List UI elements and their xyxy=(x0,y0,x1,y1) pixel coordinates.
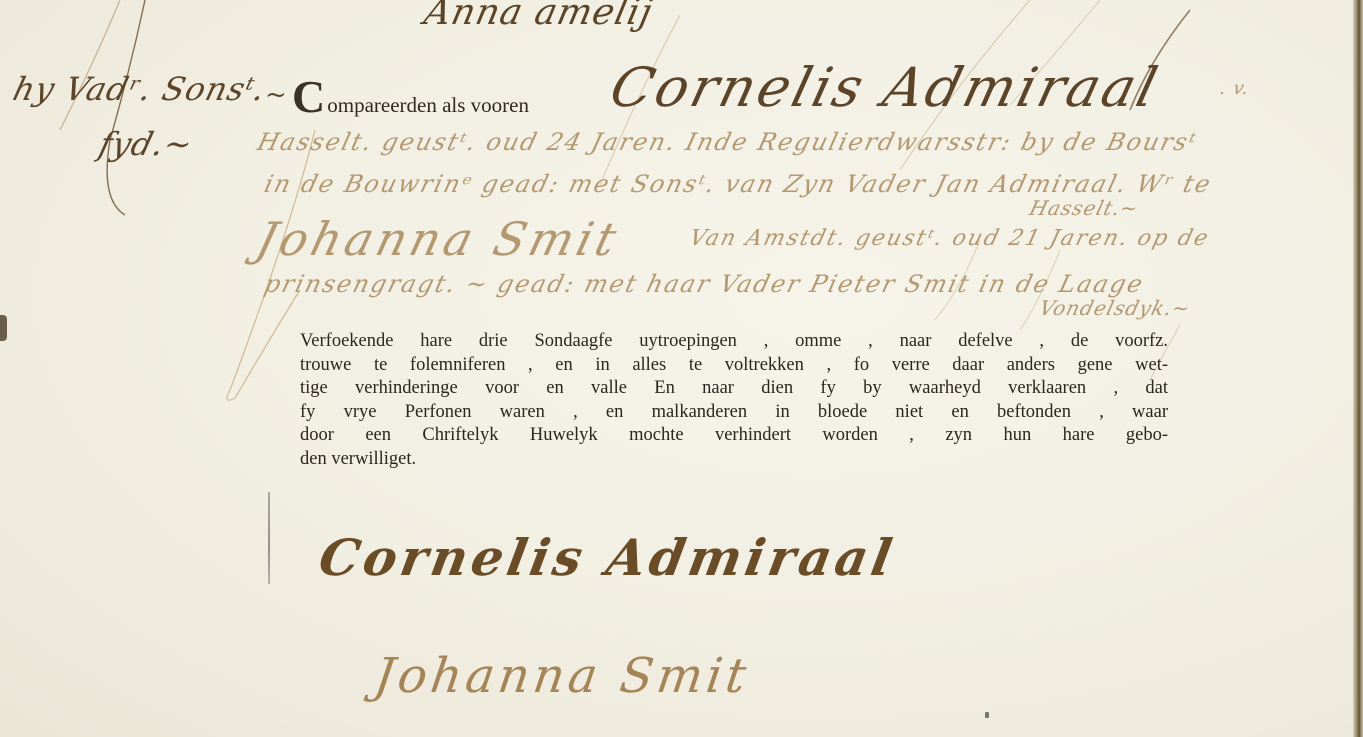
printed-body-text: Verfoekende hare drie Sondaagfe uytroepi… xyxy=(300,330,1180,471)
handwritten-top-name: Anna amelij xyxy=(421,0,657,33)
handwritten-line-3: Van Amstdt. geustᵗ. oud 21 Jaren. op de xyxy=(687,226,1213,251)
printed-lead-text: ompareerden als vooren xyxy=(327,93,529,118)
printed-lead-phrase: C ompareerden als vooren xyxy=(292,74,529,120)
drop-cap: C xyxy=(292,74,325,120)
handwritten-line-4-continuation: Vondelsdyk.~ xyxy=(1037,296,1193,320)
printed-line: fy vrye Perfonen waren , en malkanderen … xyxy=(300,401,1168,425)
paper-speck xyxy=(985,712,989,718)
handwritten-line-1: Hasselt. geustᵗ. oud 24 Jaren. Inde Regu… xyxy=(255,128,1201,156)
book-gutter xyxy=(1353,0,1363,737)
handwritten-line-4: prinsengragt. ~ gead: met haar Vader Pie… xyxy=(262,270,1148,298)
handwritten-groom-name: Cornelis Admiraal xyxy=(604,56,1166,119)
printed-line: den verwilliget. xyxy=(300,448,1168,472)
document-page: Anna amelij hy Vadʳ. Sonsᵗ. fyd.~ ~ C om… xyxy=(0,0,1363,737)
handwritten-line-2: in de Bouwrinᵉ gead: met Sonsᵗ. van Zyn … xyxy=(262,170,1216,198)
signature-bride: Johanna Smit xyxy=(371,648,753,704)
margin-note-line-2: fyd.~ xyxy=(95,125,197,163)
printed-line: trouwe te folemniferen , en in alles te … xyxy=(300,354,1168,378)
signature-groom: Cornelis Admiraal xyxy=(315,528,900,587)
handwritten-line-2-continuation: Hasselt.~ xyxy=(1027,196,1141,220)
handwritten-dash: ~ xyxy=(265,80,288,110)
printed-line: door een Chriftelyk Huwelyk mochte verhi… xyxy=(300,424,1168,448)
binding-mark xyxy=(0,315,7,341)
pencil-margin-line xyxy=(268,492,270,584)
handwritten-bride-name: Johanna Smit xyxy=(251,212,625,266)
printed-line: Verfoekende hare drie Sondaagfe uytroepi… xyxy=(300,330,1168,354)
margin-note-line-1: hy Vadʳ. Sonsᵗ. xyxy=(9,70,270,108)
printed-line: tige verhinderinge voor en valle En naar… xyxy=(300,377,1168,401)
handwritten-groom-suffix: . v. xyxy=(1218,78,1252,99)
